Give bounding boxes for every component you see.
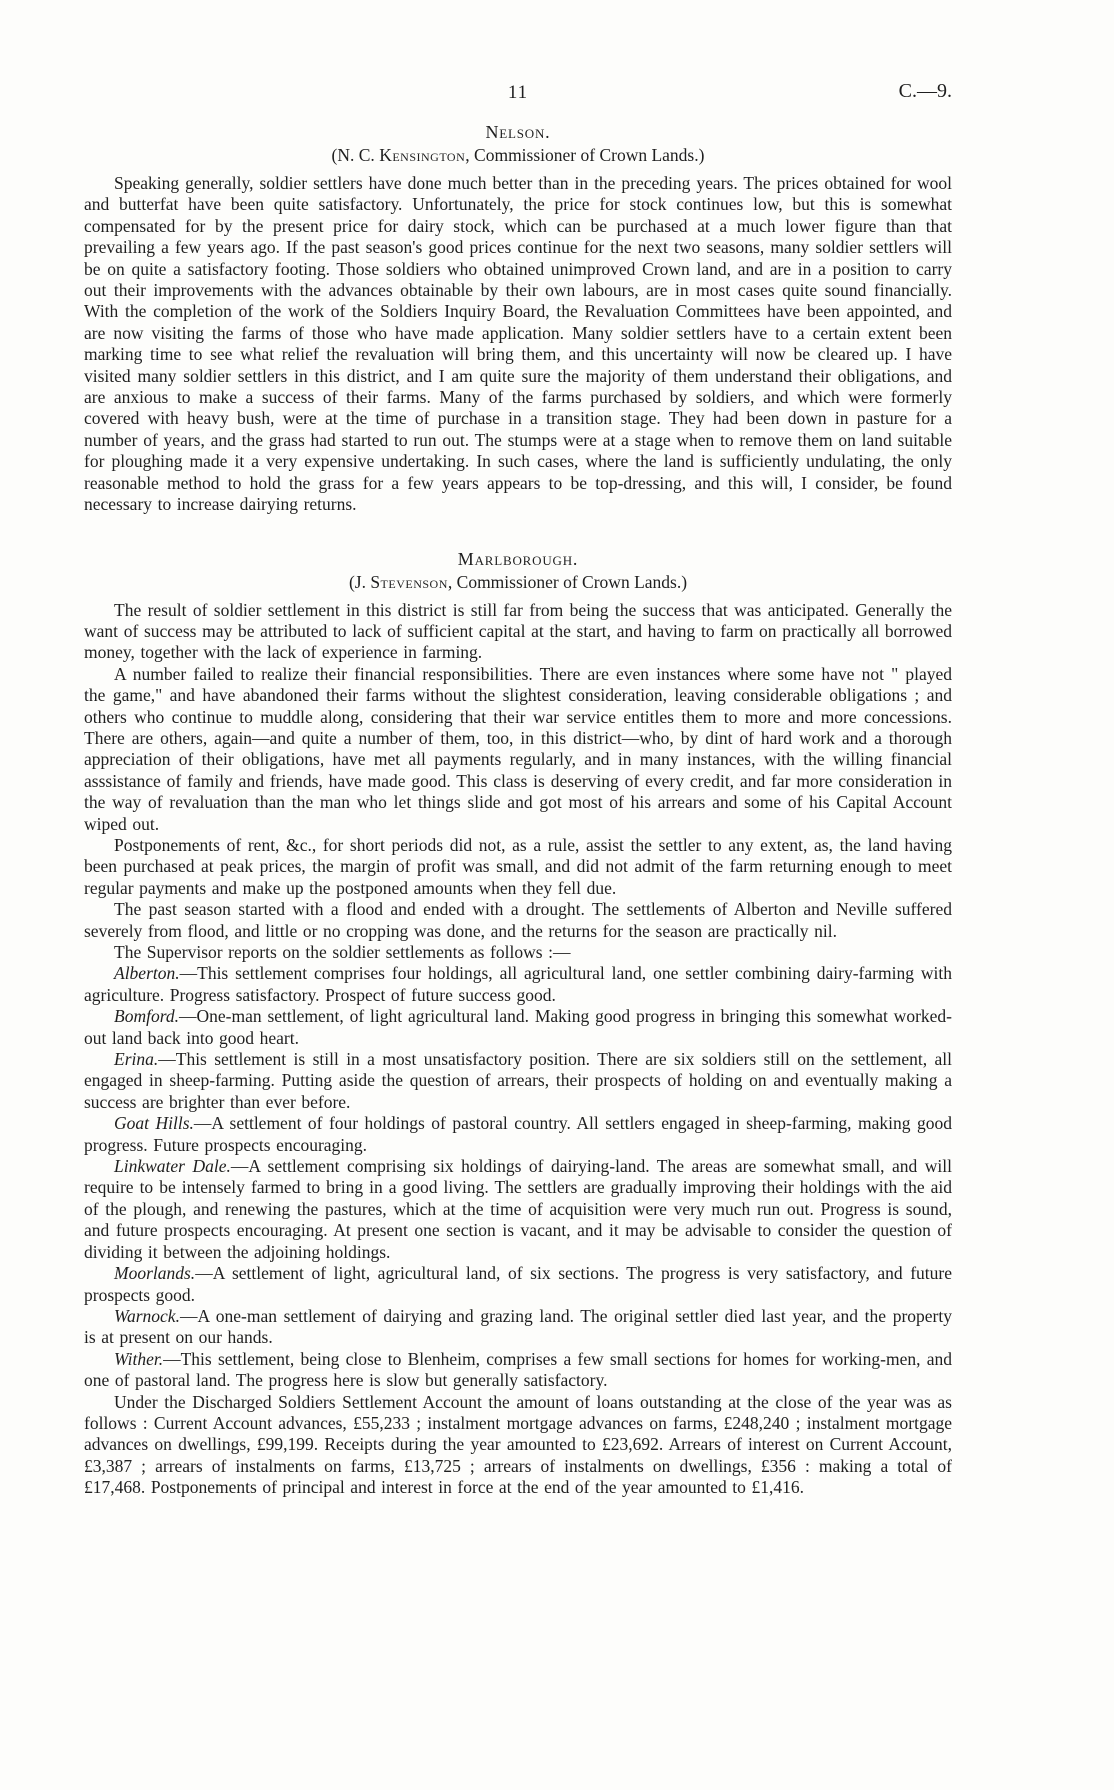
settlement-report-alberton: Alberton.—This settlement comprises four… — [84, 963, 952, 1006]
settlement-name: Alberton. — [114, 963, 180, 983]
page-header: 11 C.—9. — [84, 82, 952, 106]
settlement-name: Linkwater Dale. — [114, 1156, 231, 1176]
settlement-report-bomford: Bomford.—One-man settlement, of light ag… — [84, 1006, 952, 1049]
commissioner-name: Stevenson — [370, 572, 448, 592]
settlement-text: —One-man settlement, of light agricultur… — [84, 1006, 952, 1047]
settlement-name: Bomford. — [114, 1006, 179, 1026]
settlement-report-linkwater-dale: Linkwater Dale.—A settlement comprising … — [84, 1156, 952, 1263]
byline-marlborough: (J. Stevenson, Commissioner of Crown Lan… — [84, 572, 952, 593]
paragraph: Postponements of rent, &c., for short pe… — [84, 835, 952, 899]
settlement-text: —This settlement, being close to Blenhei… — [84, 1349, 952, 1390]
byline-post: , Commissioner of Crown Lands.) — [465, 145, 704, 165]
page-content: 11 C.—9. Nelson. (N. C. Kensington, Comm… — [84, 82, 952, 1499]
settlement-text: —This settlement comprises four holdings… — [84, 963, 952, 1004]
byline-post: , Commissioner of Crown Lands.) — [448, 572, 687, 592]
section-nelson: Nelson. (N. C. Kensington, Commissioner … — [84, 122, 952, 516]
commissioner-name: Kensington — [379, 145, 465, 165]
section-heading-marlborough: Marlborough. — [84, 549, 952, 570]
paragraph: The Supervisor reports on the soldier se… — [84, 942, 952, 963]
section-marlborough: Marlborough. (J. Stevenson, Commissioner… — [84, 549, 952, 1499]
settlement-text: —A one-man settlement of dairying and gr… — [84, 1306, 952, 1347]
settlement-name: Moorlands. — [114, 1263, 195, 1283]
page-number: 11 — [84, 82, 952, 104]
byline-pre: (N. C. — [332, 145, 380, 165]
closing-accounts-paragraph: Under the Discharged Soldiers Settlement… — [84, 1392, 952, 1499]
settlement-text: —A settlement of light, agricultural lan… — [84, 1263, 952, 1304]
settlement-text: —This settlement is still in a most unsa… — [84, 1049, 952, 1112]
byline-pre: (J. — [349, 572, 370, 592]
byline-nelson: (N. C. Kensington, Commissioner of Crown… — [84, 145, 952, 166]
paragraph: The result of soldier settlement in this… — [84, 600, 952, 664]
settlement-report-moorlands: Moorlands.—A settlement of light, agricu… — [84, 1263, 952, 1306]
settlement-text: —A settlement of four holdings of pastor… — [84, 1113, 952, 1154]
settlement-name: Erina. — [114, 1049, 158, 1069]
document-reference: C.—9. — [899, 80, 952, 103]
settlement-report-wither: Wither.—This settlement, being close to … — [84, 1349, 952, 1392]
paragraph: The past season started with a flood and… — [84, 899, 952, 942]
settlement-name: Warnock. — [114, 1306, 180, 1326]
settlement-report-goat-hills: Goat Hills.—A settlement of four holding… — [84, 1113, 952, 1156]
settlement-name: Wither. — [114, 1349, 163, 1369]
settlement-report-warnock: Warnock.—A one-man settlement of dairyin… — [84, 1306, 952, 1349]
paragraph: Speaking generally, soldier settlers hav… — [84, 173, 952, 516]
document-page: 11 C.—9. Nelson. (N. C. Kensington, Comm… — [0, 0, 1114, 1790]
section-heading-nelson: Nelson. — [84, 122, 952, 143]
settlement-name: Goat Hills. — [114, 1113, 194, 1133]
paragraph: A number failed to realize their financi… — [84, 664, 952, 835]
settlement-report-erina: Erina.—This settlement is still in a mos… — [84, 1049, 952, 1113]
